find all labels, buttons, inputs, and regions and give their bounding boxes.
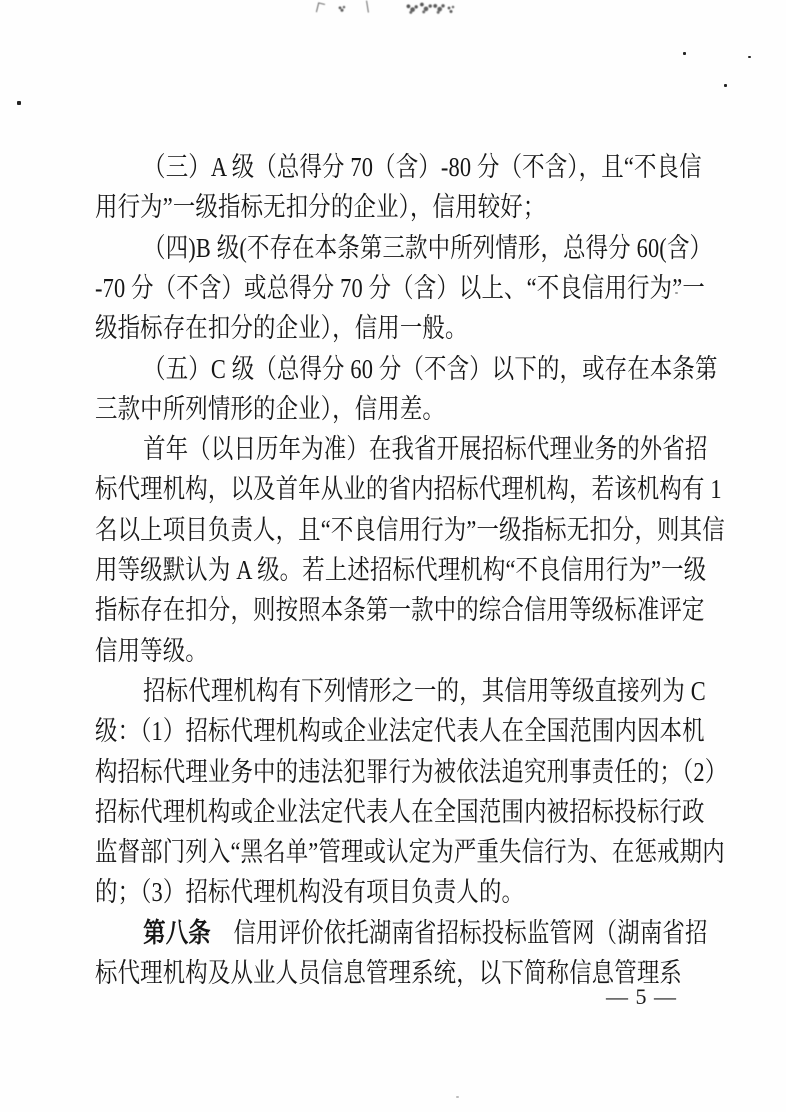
text-segment: 招标代理机构或企业法定代表人在全国范围内被招标投标行政 <box>95 797 705 827</box>
text-line: 三款中所列情形的企业），信用差。 <box>95 393 445 426</box>
text-line: 第八条 信用评价依托湖南省招标投标监管网（湖南省招 <box>95 917 708 950</box>
text-segment: 首年（以日历年为准）在我省开展招标代理业务的外省招 <box>143 434 707 464</box>
text-line: （四)B 级(不存在本条第三款中所列情形，总得分 60(含） <box>95 232 712 265</box>
text-segment: 级指标存在扣分的企业），信用一般。 <box>95 313 468 343</box>
text-segment: -70 分（不含）或总得分 70 分（含）以上、“不良信用行为”一 <box>95 273 705 303</box>
text-segment: 招标代理机构有下列情形之一的，其信用等级直接列为 C <box>143 676 706 706</box>
text-segment: 信用等级。 <box>95 636 208 666</box>
text-segment: 的；（3）招标代理机构没有项目负责人的。 <box>95 877 524 907</box>
text-line: 的；（3）招标代理机构没有项目负责人的。 <box>95 876 524 909</box>
text-segment: 指标存在扣分，则按照本条第一款中的综合信用等级标准评定 <box>95 595 705 625</box>
text-segment: （三）A 级（总得分 70（含）-80 分（不含），且“不良信 <box>143 152 702 182</box>
text-segment: 信用评价依托湖南省招标投标监管网（湖南省招 <box>211 918 708 948</box>
document-body: （三）A 级（总得分 70（含）-80 分（不含），且“不良信用行为”一级指标无… <box>0 0 786 1112</box>
text-line: （五）C 级（总得分 60 分（不含）以下的，或存在本条第 <box>95 353 718 386</box>
text-line: 招标代理机构或企业法定代表人在全国范围内被招标投标行政 <box>95 796 705 829</box>
text-line: 招标代理机构有下列情形之一的，其信用等级直接列为 C <box>95 675 706 708</box>
text-line: 指标存在扣分，则按照本条第一款中的综合信用等级标准评定 <box>95 594 705 627</box>
text-line: 级指标存在扣分的企业），信用一般。 <box>95 312 468 345</box>
text-segment: 标代理机构，以及首年从业的省内招标代理机构，若该机构有 1 <box>95 474 722 504</box>
text-segment: 用行为”一级指标无扣分的企业），信用较好； <box>95 192 545 222</box>
text-line: （三）A 级（总得分 70（含）-80 分（不含），且“不良信 <box>95 151 702 184</box>
text-segment: 构招标代理业务中的违法犯罪行为被依法追究刑事责任的；（2） <box>95 757 727 787</box>
scanned-page: （三）A 级（总得分 70（含）-80 分（不含），且“不良信用行为”一级指标无… <box>0 0 786 1112</box>
text-segment: 级：（1）招标代理机构或企业法定代表人在全国范围内因本机 <box>95 716 705 746</box>
article-number-heading: 第八条 <box>143 918 211 948</box>
text-line: 监督部门列入“黑名单”管理或认定为严重失信行为、在惩戒期内 <box>95 836 725 869</box>
text-line: -70 分（不含）或总得分 70 分（含）以上、“不良信用行为”一 <box>95 272 705 305</box>
text-segment: （五）C 级（总得分 60 分（不含）以下的，或存在本条第 <box>143 354 717 384</box>
text-segment: 名以上项目负责人，且“不良信用行为”一级指标无扣分，则其信 <box>95 515 725 545</box>
text-line: 用等级默认为 A 级。若上述招标代理机构“不良信用行为”一级 <box>95 554 706 587</box>
text-line: 标代理机构，以及首年从业的省内招标代理机构，若该机构有 1 <box>95 473 722 506</box>
text-line: 用行为”一级指标无扣分的企业），信用较好； <box>95 191 545 224</box>
text-segment: 监督部门列入“黑名单”管理或认定为严重失信行为、在惩戒期内 <box>95 837 725 867</box>
text-line: 名以上项目负责人，且“不良信用行为”一级指标无扣分，则其信 <box>95 514 725 547</box>
text-line: 首年（以日历年为准）在我省开展招标代理业务的外省招 <box>95 433 708 466</box>
text-segment: 用等级默认为 A 级。若上述招标代理机构“不良信用行为”一级 <box>95 555 706 585</box>
text-line: 信用等级。 <box>95 635 208 668</box>
text-line: 构招标代理业务中的违法犯罪行为被依法追究刑事责任的；（2） <box>95 756 727 789</box>
text-line: 标代理机构及从业人员信息管理系统，以下简称信息管理系 <box>95 957 682 990</box>
page-number: — 5 — <box>606 984 677 1010</box>
text-segment: （四)B 级(不存在本条第三款中所列情形，总得分 60(含） <box>143 233 712 263</box>
text-line: 级：（1）招标代理机构或企业法定代表人在全国范围内因本机 <box>95 715 705 748</box>
text-segment: 标代理机构及从业人员信息管理系统，以下简称信息管理系 <box>95 958 682 988</box>
text-segment: 三款中所列情形的企业），信用差。 <box>95 394 445 424</box>
